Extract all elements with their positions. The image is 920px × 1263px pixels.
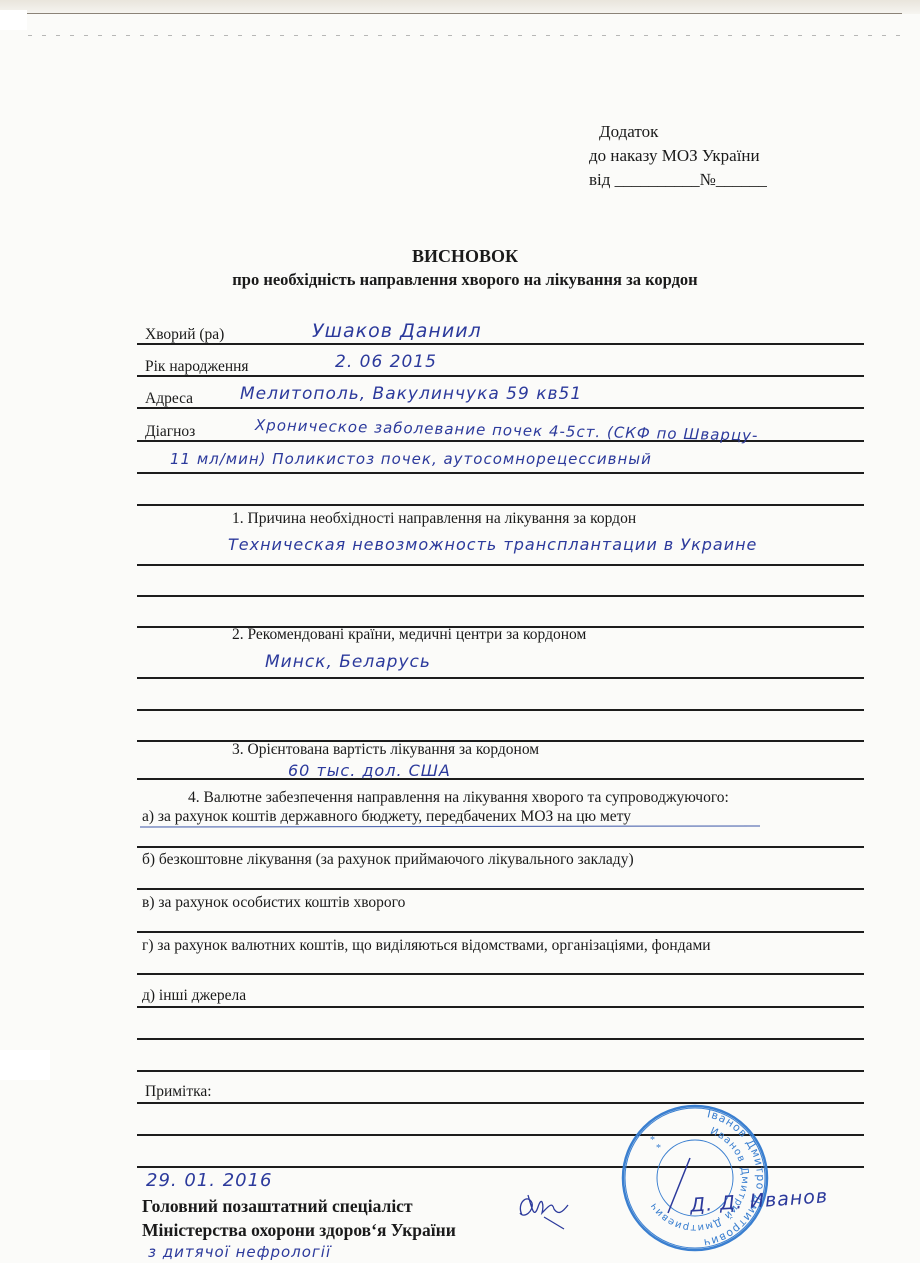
funding-option-c: в) за рахунок особистих коштів хворого: [142, 894, 405, 912]
svg-text:Иванов Дмитрий Дмитриевич: Иванов Дмитрий Дмитриевич: [648, 1126, 750, 1233]
diagnosis-label: Діагноз: [145, 423, 195, 441]
scan-artifact-line: [27, 13, 902, 14]
form-rule: [137, 709, 864, 711]
form-rule: [137, 973, 864, 975]
birth-value: 2. 06 2015: [335, 352, 437, 372]
form-rule: [137, 407, 864, 409]
approval-line-3: від __________№______: [589, 168, 767, 192]
svg-text:*: *: [656, 1143, 661, 1154]
patient-value: Ушаков Даниил: [312, 320, 482, 342]
document-title: ВИСНОВОК: [0, 246, 920, 267]
funding-option-d: г) за рахунок валютних коштів, що виділя…: [142, 937, 711, 955]
funding-option-b: б) безкоштовне лікування (за рахунок при…: [142, 851, 634, 869]
funding-option-a-underline: [140, 825, 760, 827]
svg-text:*: *: [650, 1135, 655, 1146]
form-rule: [137, 1038, 864, 1040]
signer-title-line-2: Міністерства охорони здоров‘я України: [142, 1220, 456, 1241]
official-stamp: Іванов Дмитро Дмитрович Иванов Дмитрий Д…: [620, 1103, 770, 1253]
form-rule: [137, 343, 864, 345]
form-rule: [137, 595, 864, 597]
patient-label: Хворий (ра): [145, 326, 224, 344]
form-rule: [137, 1006, 864, 1008]
scan-edge: [0, 0, 920, 14]
approval-block: Додаток до наказу МОЗ України від ______…: [595, 120, 767, 192]
funding-option-a: а) за рахунок коштів державного бюджету,…: [142, 808, 631, 826]
form-rule: [137, 778, 864, 780]
address-label: Адреса: [145, 390, 193, 408]
document-subtitle: про необхідність направлення хворого на …: [0, 270, 920, 290]
form-rule: [137, 1070, 864, 1072]
approval-line-1: Додаток: [595, 120, 767, 144]
signer-title-line-1: Головний позаштатний спеціаліст: [142, 1196, 413, 1217]
diagnosis-value-line-2: 11 мл/мин) Поликистоз почек, аутосомноре…: [170, 450, 652, 468]
date-value: 29. 01. 2016: [146, 1170, 273, 1191]
scan-artifact-dots: [28, 35, 908, 36]
cost-value: 60 тыс. дол. США: [288, 761, 451, 780]
note-label: Примітка:: [145, 1083, 212, 1101]
form-rule: [137, 931, 864, 933]
scan-artifact-patch: [0, 1050, 50, 1080]
reason-label: 1. Причина необхідності направлення на л…: [232, 510, 636, 528]
countries-value: Минск, Беларусь: [265, 652, 431, 672]
cost-label: 3. Орієнтована вартість лікування за кор…: [232, 741, 539, 759]
funding-label: 4. Валютне забезпечення направлення на л…: [188, 789, 729, 807]
signer-specialty-handwritten: з дитячої нефрології: [148, 1243, 331, 1261]
scan-artifact-patch: [0, 10, 27, 30]
approval-line-2: до наказу МОЗ України: [589, 144, 767, 168]
address-value: Мелитополь, Вакулинчука 59 кв51: [240, 384, 582, 404]
form-rule: [137, 472, 864, 474]
form-rule: [137, 504, 864, 506]
birth-label: Рік народження: [145, 358, 249, 376]
countries-label: 2. Рекомендовані країни, медичні центри …: [232, 626, 586, 644]
reason-value: Техническая невозможность трансплантации…: [228, 535, 757, 554]
form-rule: [137, 846, 864, 848]
form-rule: [137, 677, 864, 679]
form-rule: [137, 564, 864, 566]
signature: [514, 1185, 574, 1240]
funding-option-e: д) інші джерела: [142, 987, 246, 1005]
form-rule: [137, 888, 864, 890]
